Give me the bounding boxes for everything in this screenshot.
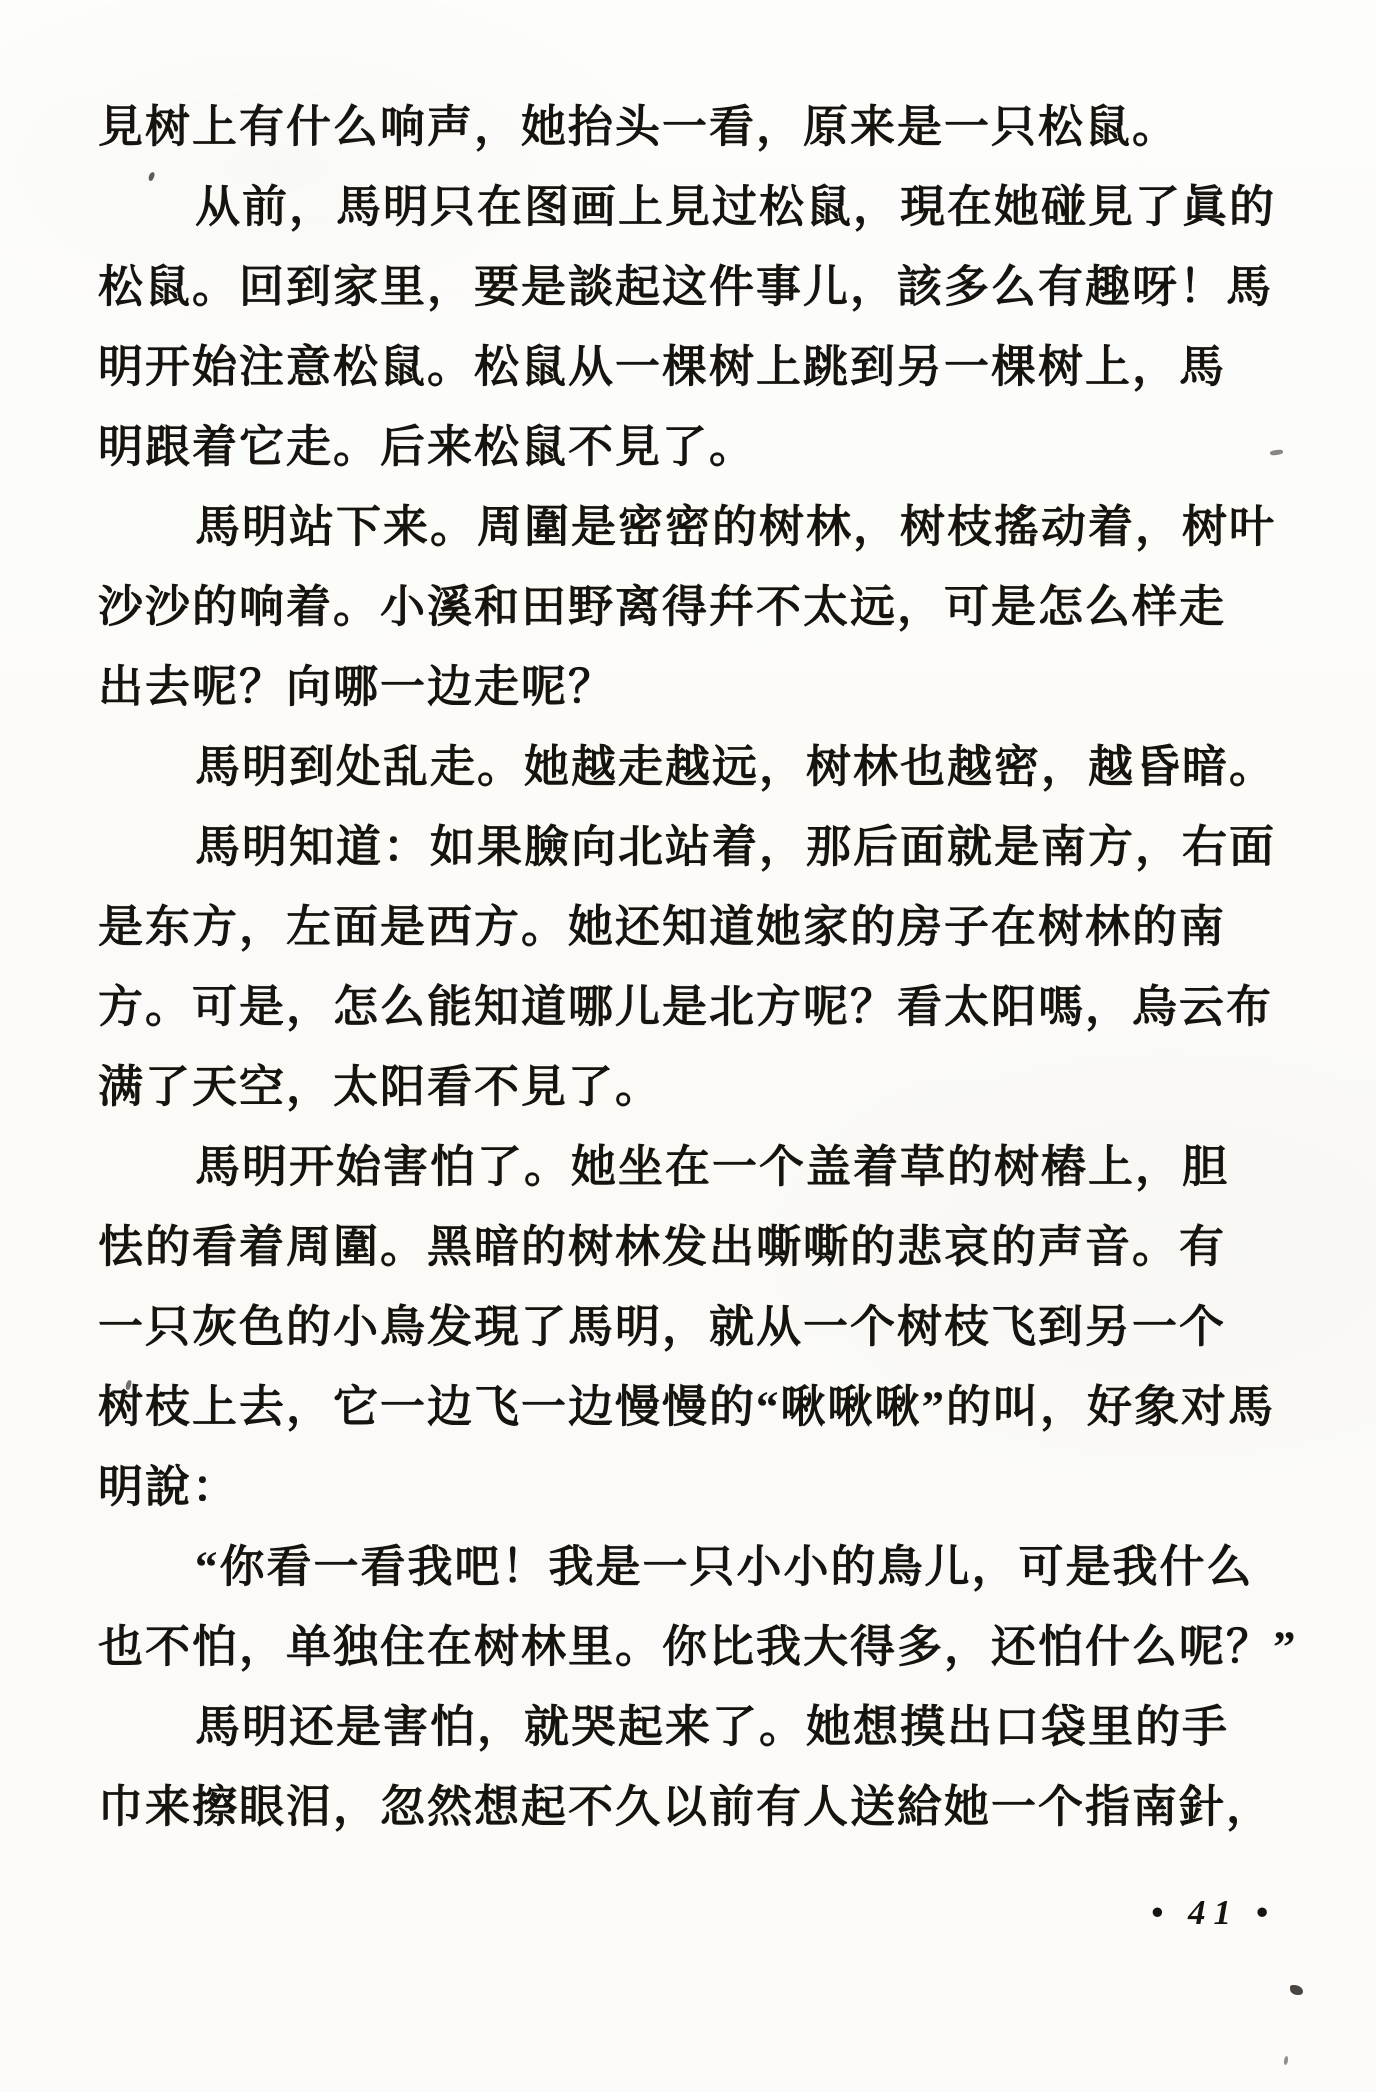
text-block: 見树上有什么响声，她抬头一看，原来是一只松鼠。从前，馬明只在图画上見过松鼠，現在… [98,88,1298,1848]
text-line: 出去呢？向哪一边走呢？ [98,648,1298,728]
text-line: 满了天空，太阳看不見了。 [98,1048,1298,1128]
text-line: 馬明还是害怕，就哭起来了。她想摸出口袋里的手 [98,1688,1298,1768]
text-line: 松鼠。回到家里，要是談起这件事儿，該多么有趣呀！馬 [98,248,1298,328]
text-line: 馬明知道：如果臉向北站着，那后面就是南方，右面 [98,808,1298,888]
text-line: 沙沙的响着。小溪和田野离得幷不太远，可是怎么样走 [98,568,1298,648]
scan-artifact [1283,2056,1289,2066]
scan-artifact [1290,1985,1303,1995]
text-line: 馬明到处乱走。她越走越远，树林也越密，越昏暗。 [98,728,1298,808]
text-line: 馬明站下来。周圍是密密的树林，树枝搖动着，树叶 [98,488,1298,568]
text-line: 明說： [98,1448,1298,1528]
text-line: 一只灰色的小鳥发現了馬明，就从一个树枝飞到另一个 [98,1288,1298,1368]
text-line: 見树上有什么响声，她抬头一看，原来是一只松鼠。 [98,88,1298,168]
text-line: “你看一看我吧！我是一只小小的鳥儿，可是我什么 [98,1528,1298,1608]
text-line: 怯的看着周圍。黑暗的树林发出嘶嘶的悲哀的声音。有 [98,1208,1298,1288]
text-line: 明跟着它走。后来松鼠不見了。 [98,408,1298,488]
text-line: 馬明开始害怕了。她坐在一个盖着草的树樁上，胆 [98,1128,1298,1208]
text-line: 巾来擦眼泪，忽然想起不久以前有人送給她一个指南針， [98,1768,1298,1848]
text-line: 方。可是，怎么能知道哪儿是北方呢？看太阳嗎，烏云布 [98,968,1298,1048]
text-line: 也不怕，单独住在树林里。你比我大得多，还怕什么呢？” [98,1608,1298,1688]
book-page: 見树上有什么响声，她抬头一看，原来是一只松鼠。从前，馬明只在图画上見过松鼠，現在… [0,0,1376,2092]
page-number: • 41 • [1151,1893,1276,1933]
text-line: 从前，馬明只在图画上見过松鼠，現在她碰見了眞的 [98,168,1298,248]
text-line: 明开始注意松鼠。松鼠从一棵树上跳到另一棵树上，馬 [98,328,1298,408]
text-line: 树枝上去，它一边飞一边慢慢的“啾啾啾”的叫，好象对馬 [98,1368,1298,1448]
text-line: 是东方，左面是西方。她还知道她家的房子在树林的南 [98,888,1298,968]
